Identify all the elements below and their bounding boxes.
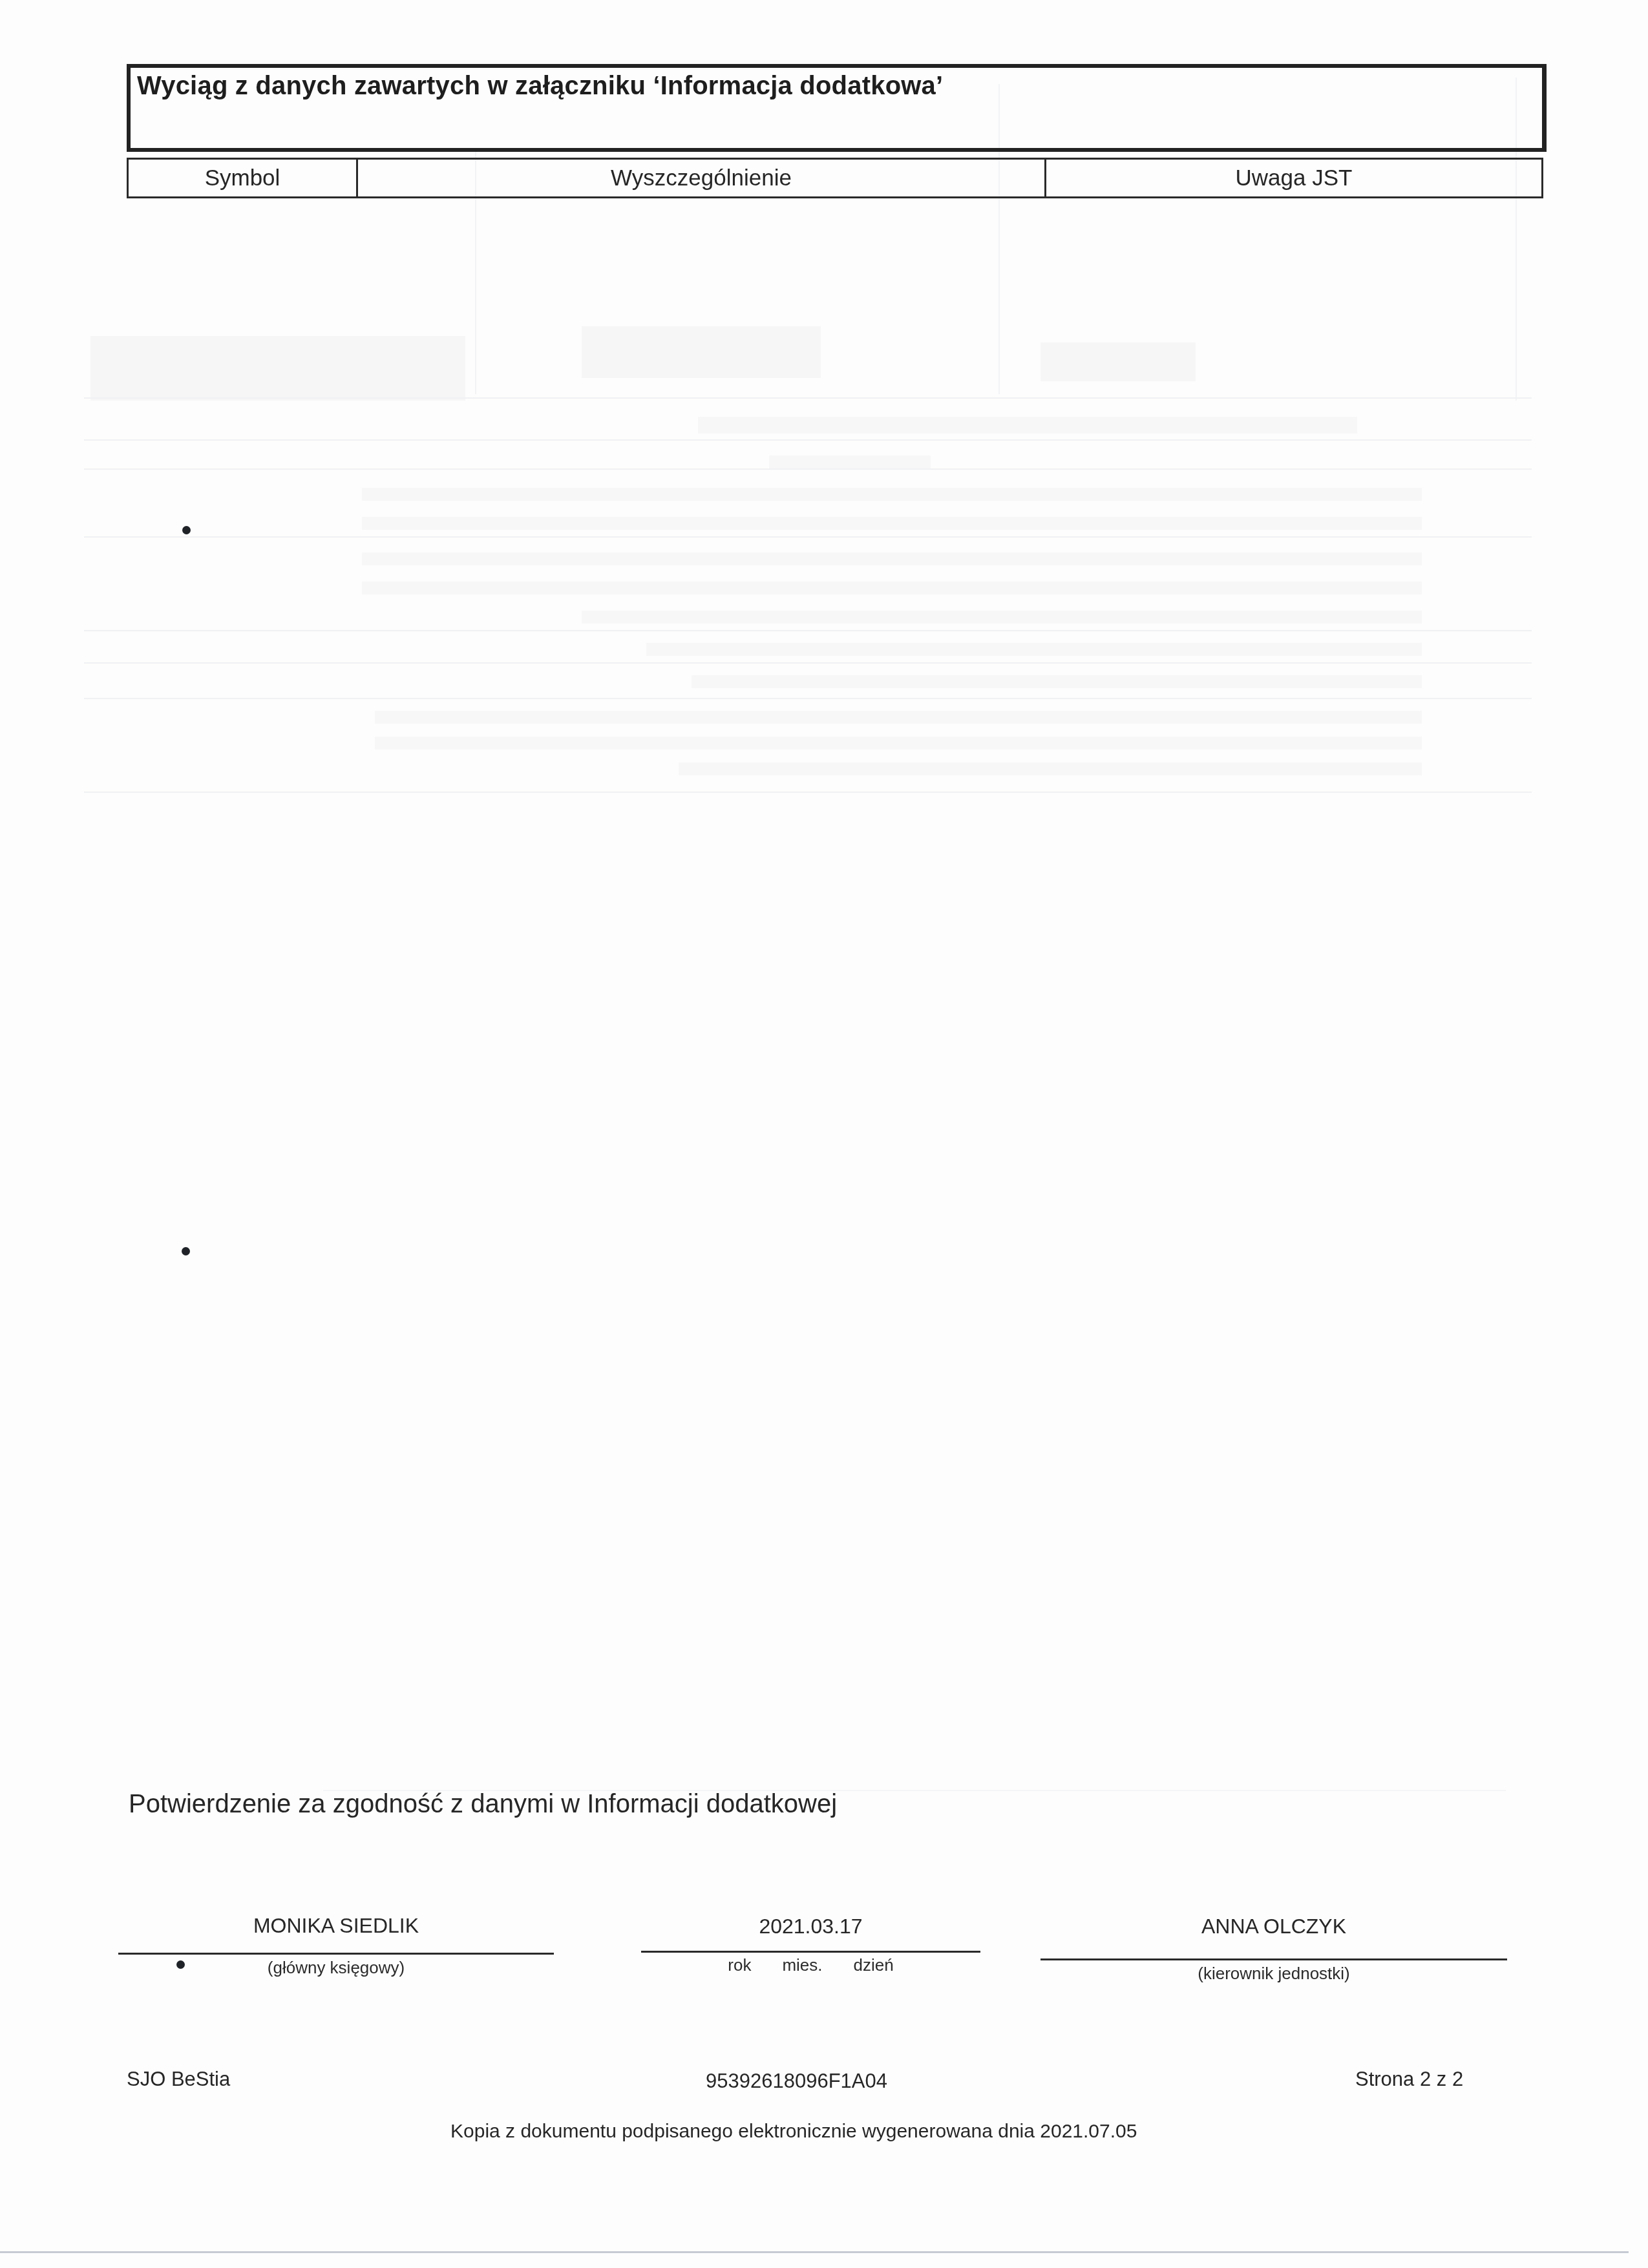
scan-dot <box>182 526 191 534</box>
bleed-block <box>582 611 1422 624</box>
bleed-line <box>84 630 1532 631</box>
bleed-line <box>84 468 1532 470</box>
bleed-block <box>679 762 1422 775</box>
bleed-line <box>84 662 1532 664</box>
footer-page-number: Strona 2 z 2 <box>1355 2068 1463 2091</box>
footer-system-name: SJO BeStia <box>127 2068 230 2091</box>
unit-head-role: (kierownik jednostki) <box>1041 1964 1507 1984</box>
signature-line <box>1041 1958 1507 1960</box>
chief-accountant-name: MONIKA SIEDLIK <box>118 1914 554 1938</box>
bleed-line <box>84 397 1532 399</box>
date-line <box>641 1951 980 1953</box>
document-title: Wyciąg z danych zawartych w załączniku ‘… <box>137 72 943 101</box>
date-part-day: dzień <box>854 1955 894 1975</box>
bleed-block <box>1041 342 1196 381</box>
bleed-line <box>84 792 1532 793</box>
bleed-line <box>84 439 1532 441</box>
date-parts-label: rok mies. dzień <box>641 1955 980 1975</box>
date-part-month: mies. <box>782 1955 822 1975</box>
signature-line <box>118 1953 554 1955</box>
unit-head-name: ANNA OLCZYK <box>1041 1915 1507 1938</box>
page-edge-line <box>0 2251 1629 2253</box>
footer-copy-note: Kopia z dokumentu podpisanego elektronic… <box>450 2121 1137 2143</box>
signature-date-value: 2021.03.17 <box>641 1915 980 1938</box>
bleed-block <box>362 552 1422 565</box>
bleed-block <box>692 675 1422 688</box>
bleed-block <box>769 456 931 468</box>
bleed-block <box>362 517 1422 530</box>
bleed-block <box>362 582 1422 594</box>
bleed-block <box>375 711 1422 724</box>
bleed-line <box>84 698 1532 699</box>
footer-document-code: 95392618096F1A04 <box>706 2070 887 2093</box>
column-header-description: Wyszczególnienie <box>356 160 1044 196</box>
bleed-block <box>646 643 1422 656</box>
bleed-block <box>90 336 465 401</box>
column-header-jst-note: Uwaga JST <box>1044 160 1541 196</box>
bleed-block <box>582 326 821 378</box>
column-header-symbol: Symbol <box>129 160 356 196</box>
date-part-year: rok <box>728 1955 751 1975</box>
extract-title-box: Wyciąg z danych zawartych w załączniku ‘… <box>127 64 1547 152</box>
table-header-row: Symbol Wyszczególnienie Uwaga JST <box>127 158 1543 198</box>
scan-dot <box>182 1247 190 1255</box>
bleed-block <box>362 488 1422 501</box>
bleed-block <box>375 737 1422 750</box>
chief-accountant-role: (główny księgowy) <box>118 1958 554 1978</box>
bleed-block <box>698 417 1357 434</box>
confirmation-statement: Potwierdzenie za zgodność z danymi w Inf… <box>129 1790 837 1819</box>
bleed-line <box>84 536 1532 538</box>
